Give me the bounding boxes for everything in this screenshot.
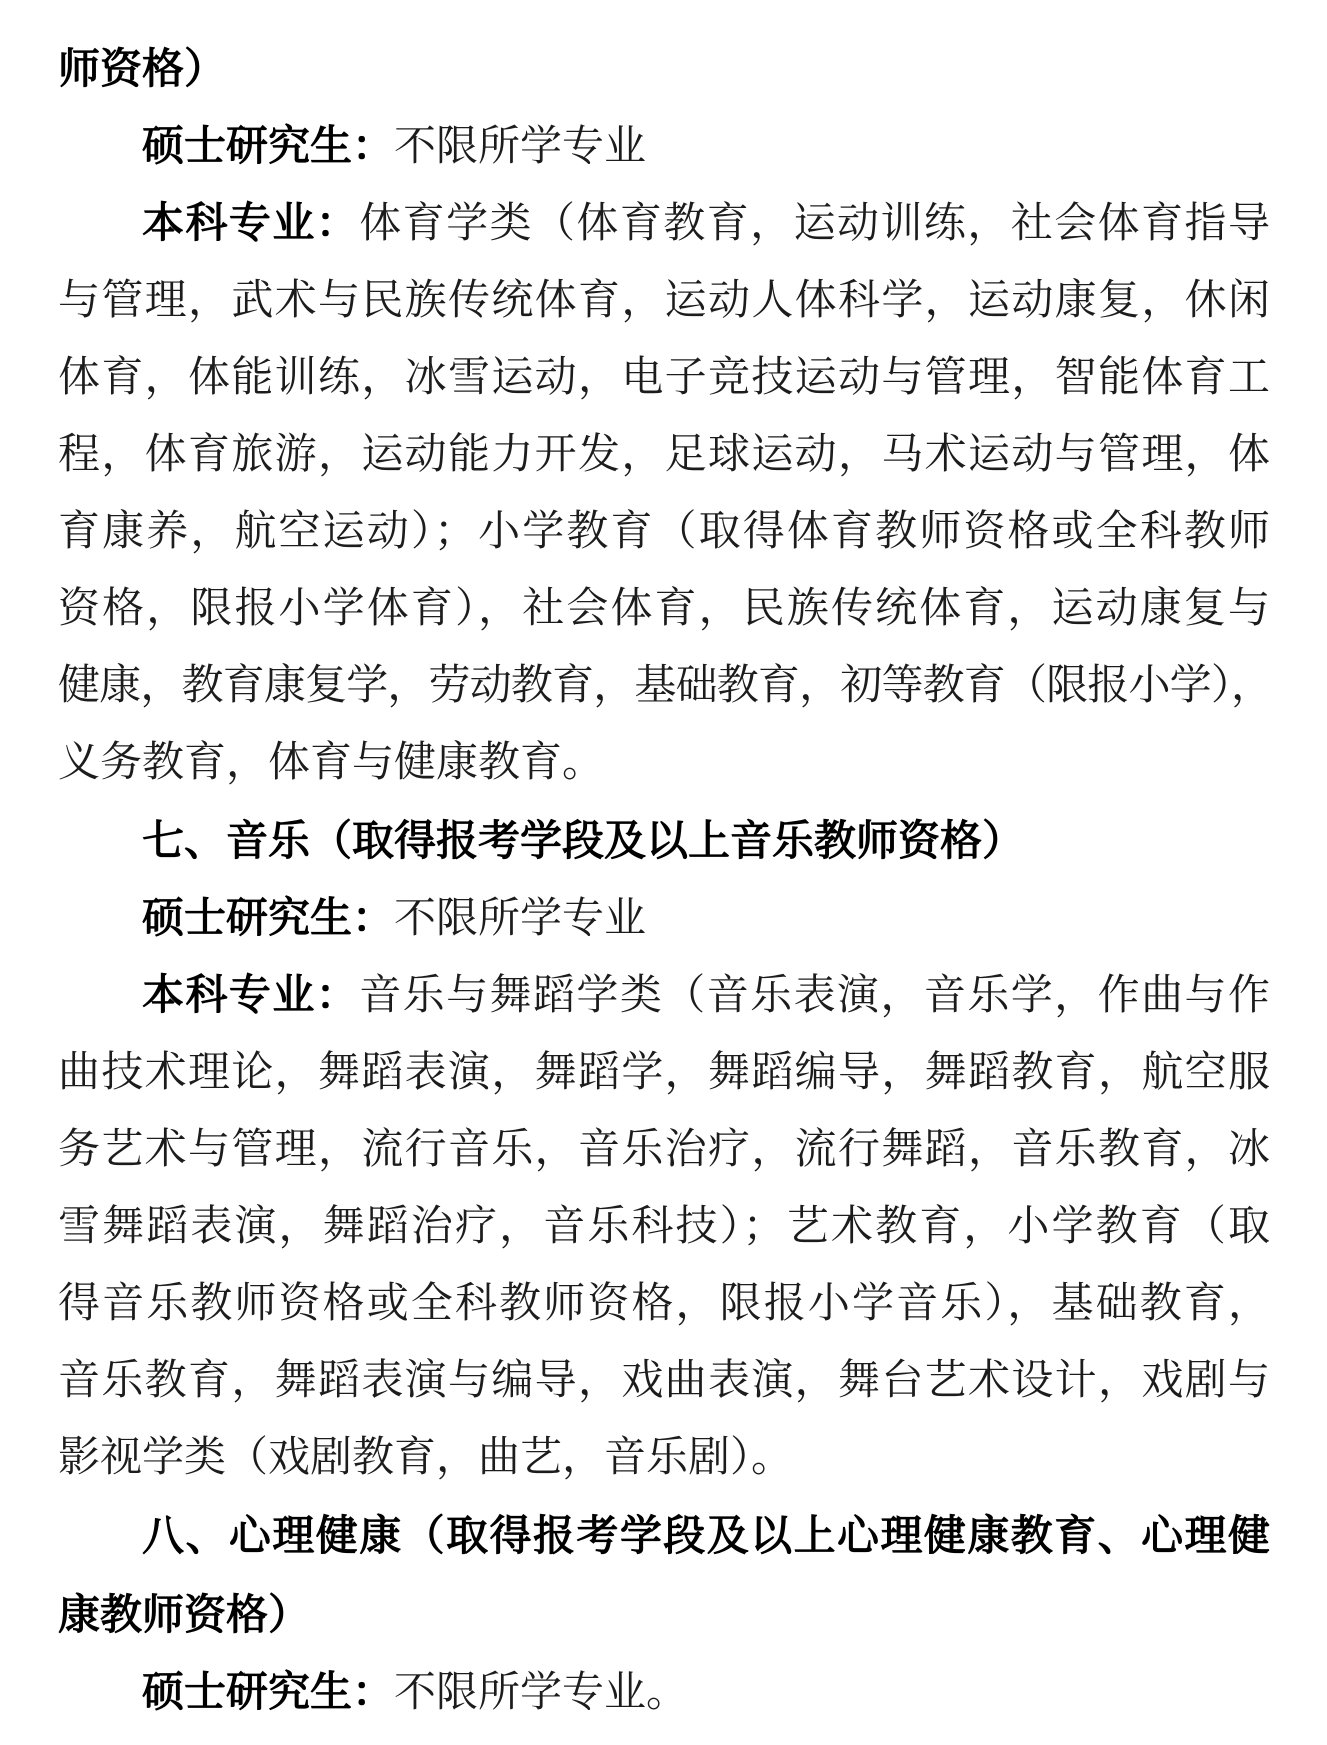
music-masters-line: 硕士研究生：不限所学专业 — [58, 881, 1270, 958]
heading-text: 师资格） — [58, 45, 226, 92]
label-text: 本科专业： — [142, 973, 359, 1019]
music-bachelor-line-5: 得音乐教师资格或全科教师资格，限报小学音乐），基础教育， — [58, 1266, 1270, 1343]
sports-bachelor-line-8: 义务教育，体育与健康教育。 — [58, 725, 1270, 802]
body-text: 得音乐教师资格或全科教师资格，限报小学音乐），基础教育， — [58, 1281, 1270, 1327]
document-page: 师资格）硕士研究生：不限所学专业本科专业：体育学类（体育教育，运动训练，社会体育… — [0, 0, 1327, 1745]
music-bachelor-line-6: 音乐教育，舞蹈表演与编导，戏曲表演，舞台艺术设计，戏剧与 — [58, 1343, 1270, 1420]
section-music-heading: 七、音乐（取得报考学段及以上音乐教师资格） — [58, 802, 1270, 881]
body-text: 健康，教育康复学，劳动教育，基础教育，初等教育（限报小学）， — [58, 663, 1270, 709]
sports-bachelor-line-7: 健康，教育康复学，劳动教育，基础教育，初等教育（限报小学）， — [58, 648, 1270, 725]
body-text: 与管理，武术与民族传统体育，运动人体科学，运动康复，休闲 — [58, 278, 1270, 324]
body-text: 义务教育，体育与健康教育。 — [58, 740, 604, 786]
music-bachelor-line-4: 雪舞蹈表演，舞蹈治疗，音乐科技）；艺术教育，小学教育（取 — [58, 1189, 1270, 1266]
text-block: 师资格）硕士研究生：不限所学专业本科专业：体育学类（体育教育，运动训练，社会体育… — [58, 30, 1270, 1732]
section-psych-heading-line-2: 康教师资格） — [58, 1576, 1270, 1655]
music-bachelor-line-2: 曲技术理论，舞蹈表演，舞蹈学，舞蹈编导，舞蹈教育，航空服 — [58, 1035, 1270, 1112]
music-bachelor-line-1: 本科专业：音乐与舞蹈学类（音乐表演，音乐学，作曲与作 — [58, 958, 1270, 1035]
body-text: 影视学类（戏剧教育，曲艺，音乐剧）。 — [58, 1435, 793, 1481]
sports-bachelor-line-1: 本科专业：体育学类（体育教育，运动训练，社会体育指导 — [58, 186, 1270, 263]
body-text: 不限所学专业 — [394, 896, 646, 942]
body-text: 曲技术理论，舞蹈表演，舞蹈学，舞蹈编导，舞蹈教育，航空服 — [58, 1050, 1270, 1096]
sports-masters-line: 硕士研究生：不限所学专业 — [58, 109, 1270, 186]
label-text: 硕士研究生： — [142, 896, 394, 942]
label-text: 硕士研究生： — [142, 124, 394, 170]
body-text: 资格，限报小学体育），社会体育，民族传统体育，运动康复与 — [58, 586, 1270, 632]
body-text: 音乐教育，舞蹈表演与编导，戏曲表演，舞台艺术设计，戏剧与 — [58, 1358, 1270, 1404]
body-text: 不限所学专业。 — [394, 1670, 688, 1716]
sports-bachelor-line-4: 程，体育旅游，运动能力开发，足球运动，马术运动与管理，体 — [58, 417, 1270, 494]
heading-text: 八、心理健康（取得报考学段及以上心理健康教育、心理健 — [142, 1512, 1270, 1559]
body-text: 育康养，航空运动）；小学教育（取得体育教师资格或全科教师 — [58, 509, 1270, 555]
label-text: 本科专业： — [142, 201, 359, 247]
sports-bachelor-line-2: 与管理，武术与民族传统体育，运动人体科学，运动康复，休闲 — [58, 263, 1270, 340]
section-sports-heading-tail: 师资格） — [58, 30, 1270, 109]
psych-masters-line: 硕士研究生：不限所学专业。 — [58, 1655, 1270, 1732]
body-text: 音乐与舞蹈学类（音乐表演，音乐学，作曲与作 — [359, 973, 1270, 1019]
sports-bachelor-line-3: 体育，体能训练，冰雪运动，电子竞技运动与管理，智能体育工 — [58, 340, 1270, 417]
body-text: 不限所学专业 — [394, 124, 646, 170]
music-bachelor-line-7: 影视学类（戏剧教育，曲艺，音乐剧）。 — [58, 1420, 1270, 1497]
sports-bachelor-line-5: 育康养，航空运动）；小学教育（取得体育教师资格或全科教师 — [58, 494, 1270, 571]
body-text: 体育学类（体育教育，运动训练，社会体育指导 — [359, 201, 1270, 247]
section-psych-heading-line-1: 八、心理健康（取得报考学段及以上心理健康教育、心理健 — [58, 1497, 1270, 1576]
body-text: 雪舞蹈表演，舞蹈治疗，音乐科技）；艺术教育，小学教育（取 — [58, 1204, 1270, 1250]
heading-text: 七、音乐（取得报考学段及以上音乐教师资格） — [142, 817, 1024, 864]
music-bachelor-line-3: 务艺术与管理，流行音乐，音乐治疗，流行舞蹈，音乐教育，冰 — [58, 1112, 1270, 1189]
body-text: 体育，体能训练，冰雪运动，电子竞技运动与管理，智能体育工 — [58, 355, 1270, 401]
body-text: 务艺术与管理，流行音乐，音乐治疗，流行舞蹈，音乐教育，冰 — [58, 1127, 1270, 1173]
body-text: 程，体育旅游，运动能力开发，足球运动，马术运动与管理，体 — [58, 432, 1270, 478]
heading-text: 康教师资格） — [58, 1591, 310, 1638]
sports-bachelor-line-6: 资格，限报小学体育），社会体育，民族传统体育，运动康复与 — [58, 571, 1270, 648]
label-text: 硕士研究生： — [142, 1670, 394, 1716]
